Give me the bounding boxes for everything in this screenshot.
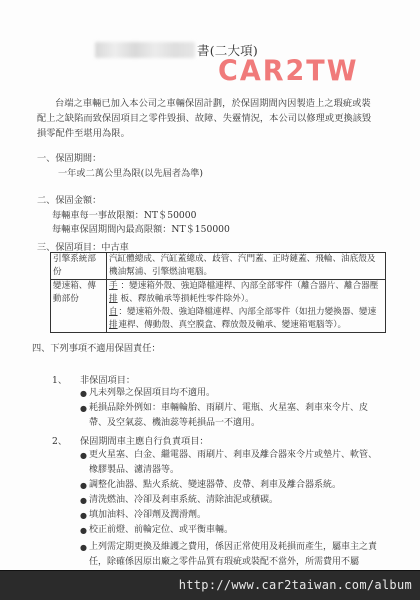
bullet-icon: ● xyxy=(80,493,89,508)
table-row: 引擎系統部份 汽缸體總成、汽缸蓋總成、歧管、汽門蓋、正時鏈蓋、飛輪、油底殼及機油… xyxy=(51,253,386,280)
item-2-bullets: ● 更火星塞、白金、繼電器、雨刷片、剎車及離合器來令片或墊片、軟管、橡膠製品、濾… xyxy=(80,448,380,570)
list-item: ● 耗損品除外例如：車輛輪胎、雨刷片、電瓶、火星塞、剎車來令片、皮帶、及空氣蕊、… xyxy=(80,401,380,431)
manual-content: ：變速箱外殼、強迫降檔連桿、內部全部零件（離合器片、離合器壓板、釋放軸承等損耗性… xyxy=(121,280,383,306)
list-item: ● 填加油料、冷卻劑及潤滑劑。 xyxy=(80,508,380,523)
automatic-content: ：變速箱外殼、強迫降檔連桿、內部全部零件（如扭力變換器、變速連桿、傳動殼、真空膜… xyxy=(118,306,383,332)
list-item: ● 校正前燈、前輪定位、或平衡車輛。 xyxy=(80,523,380,538)
list-item: ● 更火星塞、白金、繼電器、雨刷片、剎車及離合器來令片或墊片、軟管、橡膠製品、濾… xyxy=(80,448,380,478)
list-item: ● 調整化油器、點火系統、變速器帶、皮帶、剎車及離合器系統。 xyxy=(80,478,380,493)
section-2-line-1: 每輛車每一事故限額：NT＄50000 xyxy=(52,207,196,221)
table-category-engine: 引擎系統部份 xyxy=(51,253,107,280)
redacted-title-block xyxy=(95,42,195,58)
manual-transmission-line: 手排 ：變速箱外殼、強迫降檔連桿、內部全部零件（離合器片、離合器壓板、釋放軸承等… xyxy=(109,280,383,306)
item-1-number: 1、 xyxy=(52,372,67,386)
bullet-icon: ● xyxy=(80,386,89,401)
manual-label: 手排 xyxy=(109,280,121,306)
section-4-heading: 四、下列事項不適用保固責任： xyxy=(32,340,161,354)
scanned-document-page: 書(二大項) CAR2TW 台端之車輛已加入本公司之車輛保固計劃，於保固期間內因… xyxy=(0,0,420,600)
bullet-icon: ● xyxy=(80,478,89,493)
automatic-transmission-line: 自排 ：變速箱外殼、強迫降檔連桿、內部全部零件（如扭力變換器、變速連桿、傳動殼、… xyxy=(109,306,383,332)
table-content-engine: 汽缸體總成、汽缸蓋總成、歧管、汽門蓋、正時鏈蓋、飛輪、油底殼及機油幫浦、引擎燃油… xyxy=(107,253,386,280)
source-url-watermark: http://www.car2taiwan.com/album xyxy=(179,578,412,592)
section-2-line-2: 每輛車保固期間內最高限額：NT＄150000 xyxy=(52,221,230,235)
table-category-transmission: 變速箱、傳動部份 xyxy=(51,280,107,333)
bullet-icon: ● xyxy=(80,401,89,431)
table-row: 變速箱、傳動部份 手排 ：變速箱外殼、強迫降檔連桿、內部全部零件（離合器片、離合… xyxy=(51,280,386,333)
section-1-heading: 一、保固期間： xyxy=(37,150,101,164)
bullet-icon: ● xyxy=(80,540,89,570)
item-2-title: 保固期間車主應自行負責項目： xyxy=(80,433,209,447)
bullet-icon: ● xyxy=(80,523,89,538)
item-1-title: 非保固項目： xyxy=(80,372,135,386)
section-3-heading: 三、保固項目：中古車 xyxy=(37,239,129,253)
bullet-icon: ● xyxy=(80,448,89,478)
list-item: ● 上列需定期更換及維護之費用，係因正常使用及耗損而產生，屬車主之責任，除確係因… xyxy=(80,540,380,570)
car2tw-watermark: CAR2TW xyxy=(218,55,359,88)
footer-bar: http://www.car2taiwan.com/album xyxy=(0,570,420,600)
list-item: ● 凡未列舉之保固項目均不適用。 xyxy=(80,386,380,401)
item-2-number: 2、 xyxy=(52,433,67,447)
intro-paragraph: 台端之車輛已加入本公司之車輛保固計劃，於保固期間內因製造上之瑕疵或裝配上之缺陷而… xyxy=(37,96,377,141)
coverage-table: 引擎系統部份 汽缸體總成、汽缸蓋總成、歧管、汽門蓋、正時鏈蓋、飛輪、油底殼及機油… xyxy=(50,252,386,333)
item-1-bullets: ● 凡未列舉之保固項目均不適用。 ● 耗損品除外例如：車輛輪胎、雨刷片、電瓶、火… xyxy=(80,386,380,431)
table-content-transmission: 手排 ：變速箱外殼、強迫降檔連桿、內部全部零件（離合器片、離合器壓板、釋放軸承等… xyxy=(107,280,386,333)
automatic-label: 自排 xyxy=(109,306,118,332)
section-1-body: 一年或二萬公里為限(以先屆者為準) xyxy=(58,165,203,179)
bullet-icon: ● xyxy=(80,508,89,523)
section-2-heading: 二、保固金額： xyxy=(37,192,101,206)
list-item: ● 清洗燃油、冷卻及剎車系統、清除油泥或積碳。 xyxy=(80,493,380,508)
